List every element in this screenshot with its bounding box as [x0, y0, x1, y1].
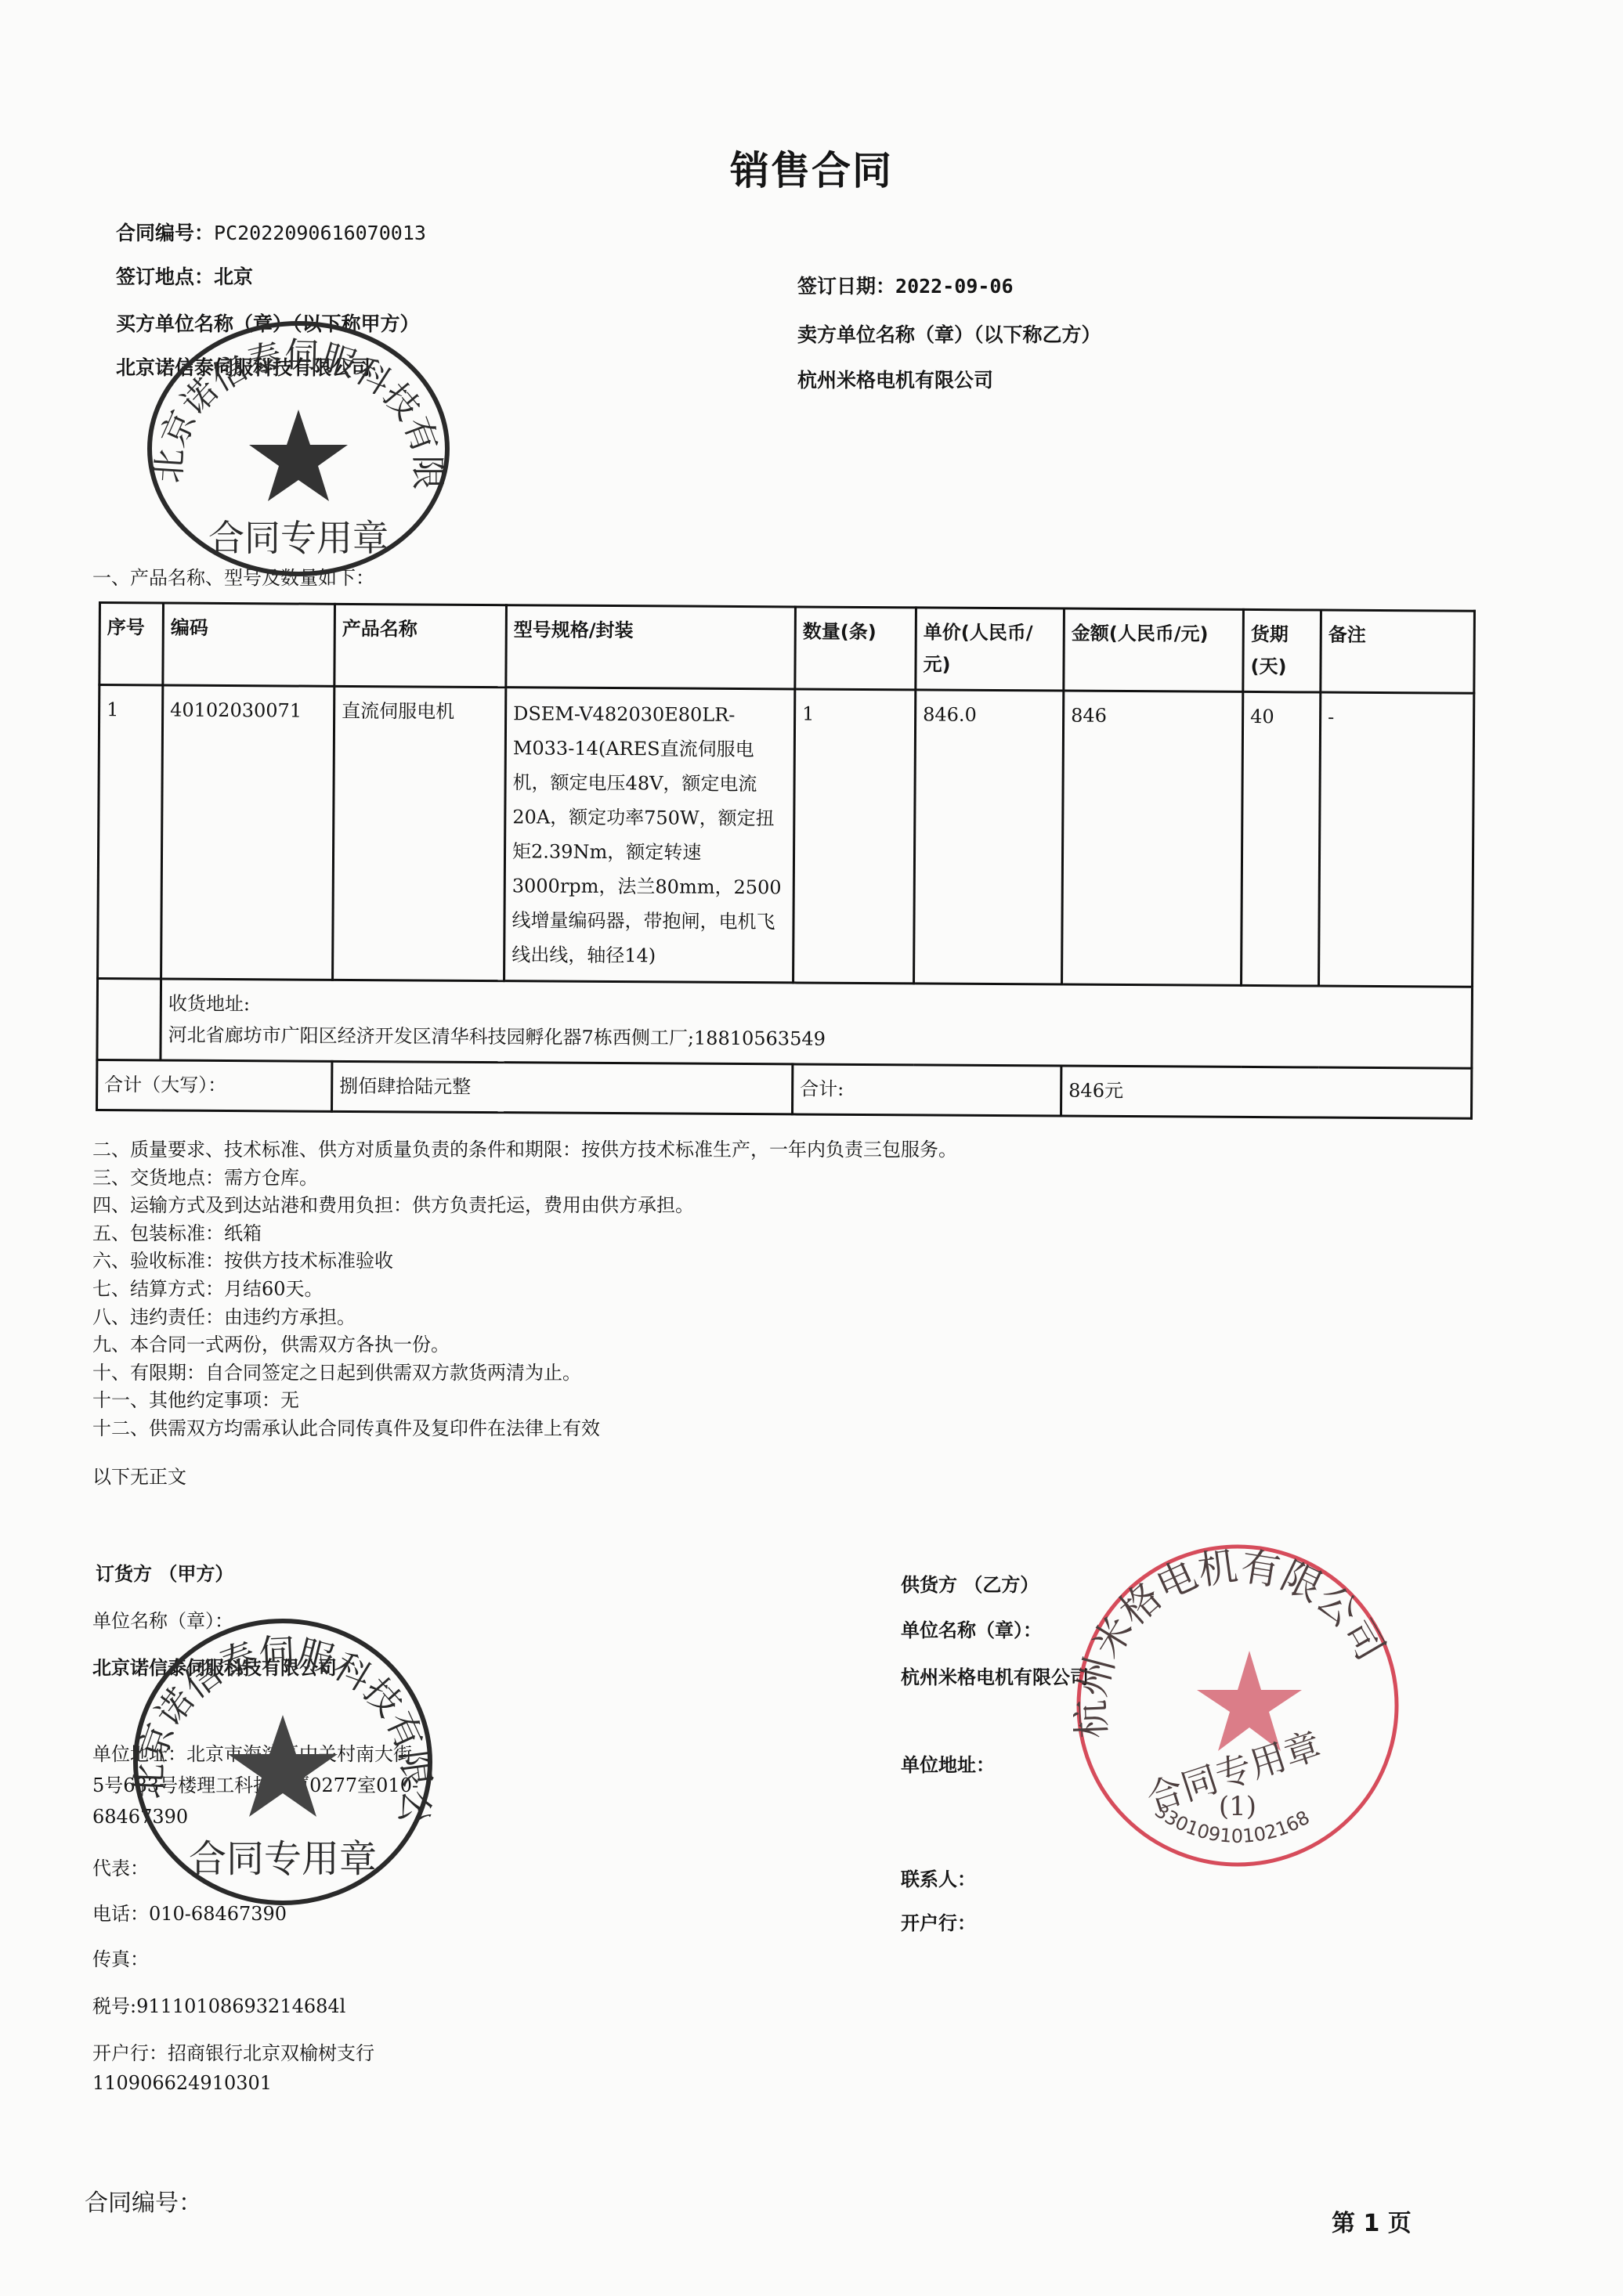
cell-lead-time: 40	[1242, 691, 1321, 986]
clause-item: 八、违约责任：由违约方承担。	[92, 1301, 356, 1329]
buyer-block-heading: 订货方 （甲方）	[96, 1558, 233, 1586]
seller-name: 杭州米格电机有限公司	[797, 365, 993, 393]
signing-date-label: 签订日期：	[797, 275, 895, 298]
table-header-row: 序号 编码 产品名称 型号规格/封装 数量(条) 单价(人民币/元) 金额(人民…	[99, 603, 1475, 693]
svg-text:(1): (1)	[1219, 1791, 1256, 1822]
cell-remark: -	[1319, 692, 1474, 987]
svg-text:合同专用章: 合同专用章	[189, 1837, 377, 1881]
cell-qty: 1	[793, 689, 916, 984]
contract-number: 合同编号：PC2022090616070013	[116, 218, 426, 246]
table-row: 1 40102030071 直流伺服电机 DSEM-V482030E80LR-M…	[98, 684, 1474, 987]
col-header-code: 编码	[163, 603, 335, 686]
delivery-address-cell: 收货地址: 河北省廊坊市广阳区经济开发区清华科技园孵化器7栋西侧工厂;18810…	[161, 979, 1473, 1069]
col-header-lead-time: 货期(天)	[1243, 609, 1321, 691]
buyer-bank-value: 招商银行北京双榆树支行	[168, 2042, 374, 2064]
cell-unit-price: 846.0	[914, 689, 1064, 984]
delivery-address-row: 收货地址: 河北省廊坊市广阳区经济开发区清华科技园孵化器7栋西侧工厂;18810…	[97, 978, 1473, 1068]
seller-unit-name-label: 单位名称（章）：	[901, 1615, 1042, 1642]
buyer-company-seal-top: 北京诺信泰伺服科技有限公司 合同专用章	[146, 319, 451, 578]
buyer-company-seal-bottom: 北京诺信泰伺服科技有限公司 合同专用章	[130, 1613, 436, 1911]
cell-spec: DSEM-V482030E80LR-M033-14(ARES直流伺服电机，额定电…	[504, 687, 795, 982]
seal-seller-svg: 杭州米格电机有限公司 合同专用章 (1) 3301091010216​8	[1073, 1541, 1402, 1870]
clause-item: 四、运输方式及到达站港和费用负担：供方负责托运，费用由供方承担。	[92, 1190, 694, 1217]
buyer-account: 110906624910301	[92, 2072, 272, 2094]
col-header-unit-price: 单价(人民币/元)	[916, 608, 1065, 691]
svg-text:合同专用章: 合同专用章	[208, 517, 389, 559]
buyer-fax-label: 传真：	[92, 1944, 149, 1971]
clause-item: 九、本合同一式两份，供需双方各执一份。	[92, 1329, 450, 1356]
clause-item: 三、交货地点：需方仓库。	[92, 1162, 318, 1190]
document-title: 销售合同	[0, 139, 1623, 196]
clause-item: 十二、供需双方均需承认此合同传真件及复印件在法律上有效	[92, 1413, 600, 1440]
clause-item: 七、结算方式：月结60天。	[92, 1273, 324, 1301]
total-value: 846元	[1061, 1066, 1472, 1118]
cell-no: 1	[98, 684, 163, 978]
buyer-tax-value: 91110108693214684l	[136, 1995, 345, 2017]
total-caps-value: 捌佰肆拾陆元整	[332, 1062, 793, 1114]
cell-name: 直流伺服电机	[333, 686, 506, 980]
col-header-remark: 备注	[1321, 610, 1475, 693]
total-row: 合计（大写）： 捌佰肆拾陆元整 合计: 846元	[97, 1060, 1472, 1119]
contract-number-label: 合同编号：	[116, 222, 214, 244]
clause-item: 二、质量要求、技术标准、供方对质量负责的条件和期限：按供方技术标准生产，一年内负…	[92, 1134, 957, 1161]
clause-item: 六、验收标准：按供方技术标准验收	[92, 1245, 393, 1273]
seller-address-label: 单位地址：	[901, 1749, 995, 1777]
signing-place-value: 北京	[214, 265, 253, 288]
signing-place: 签订地点：北京	[116, 262, 253, 290]
seal-buyer-bottom-svg: 北京诺信泰伺服科技有限公司 合同专用章	[130, 1613, 436, 1911]
seller-block-heading: 供货方 （乙方）	[901, 1569, 1039, 1597]
signing-date: 签订日期：2022-09-06	[797, 271, 1014, 299]
cell-amount: 846	[1062, 691, 1243, 985]
seller-label: 卖方单位名称（章）（以下称乙方）	[797, 319, 1101, 348]
seal-buyer-top-svg: 北京诺信泰伺服科技有限公司 合同专用章	[146, 319, 451, 578]
buyer-bank: 开户行：招商银行北京双榆树支行	[92, 2038, 374, 2065]
contract-number-value: PC2022090616070013	[214, 222, 426, 244]
total-caps-label: 合计（大写）：	[97, 1060, 332, 1112]
product-table: 序号 编码 产品名称 型号规格/封装 数量(条) 单价(人民币/元) 金额(人民…	[96, 601, 1476, 1120]
col-header-name: 产品名称	[334, 604, 507, 687]
delivery-address-spacer	[97, 978, 161, 1060]
buyer-tax: 税号:91110108693214684l	[92, 1991, 345, 2018]
buyer-bank-label: 开户行：	[92, 2042, 168, 2064]
cell-code: 40102030071	[161, 685, 334, 980]
buyer-tax-label: 税号:	[92, 1995, 136, 2017]
clause-item: 十、有限期：自合同签定之日起到供需双方款货两清为止。	[92, 1357, 581, 1384]
signing-date-value: 2022-09-06	[895, 275, 1014, 298]
footer-contract-number-label: 合同编号：	[85, 2183, 202, 2218]
seller-contact-label: 联系人：	[901, 1864, 976, 1891]
col-header-amount: 金额(人民币/元)	[1064, 608, 1244, 691]
col-header-spec: 型号规格/封装	[506, 605, 796, 689]
delivery-address-value: 河北省廊坊市广阳区经济开发区清华科技园孵化器7栋西侧工厂;18810563549	[168, 1020, 1464, 1060]
signing-place-label: 签订地点：	[116, 265, 214, 288]
col-header-no: 序号	[99, 603, 164, 685]
page-number: 第 1 页	[1332, 2204, 1412, 2238]
total-label: 合计:	[793, 1064, 1061, 1116]
clause-item: 十一、其他约定事项：无	[92, 1384, 299, 1412]
seller-bank-label: 开户行：	[901, 1908, 976, 1935]
seller-unit-name: 杭州米格电机有限公司	[901, 1662, 1089, 1689]
seller-company-seal: 杭州米格电机有限公司 合同专用章 (1) 3301091010216​8	[1073, 1541, 1402, 1870]
clause-item: 五、包装标准：纸箱	[92, 1218, 262, 1245]
col-header-qty: 数量(条)	[795, 607, 916, 690]
end-note: 以下无正文	[92, 1461, 186, 1489]
